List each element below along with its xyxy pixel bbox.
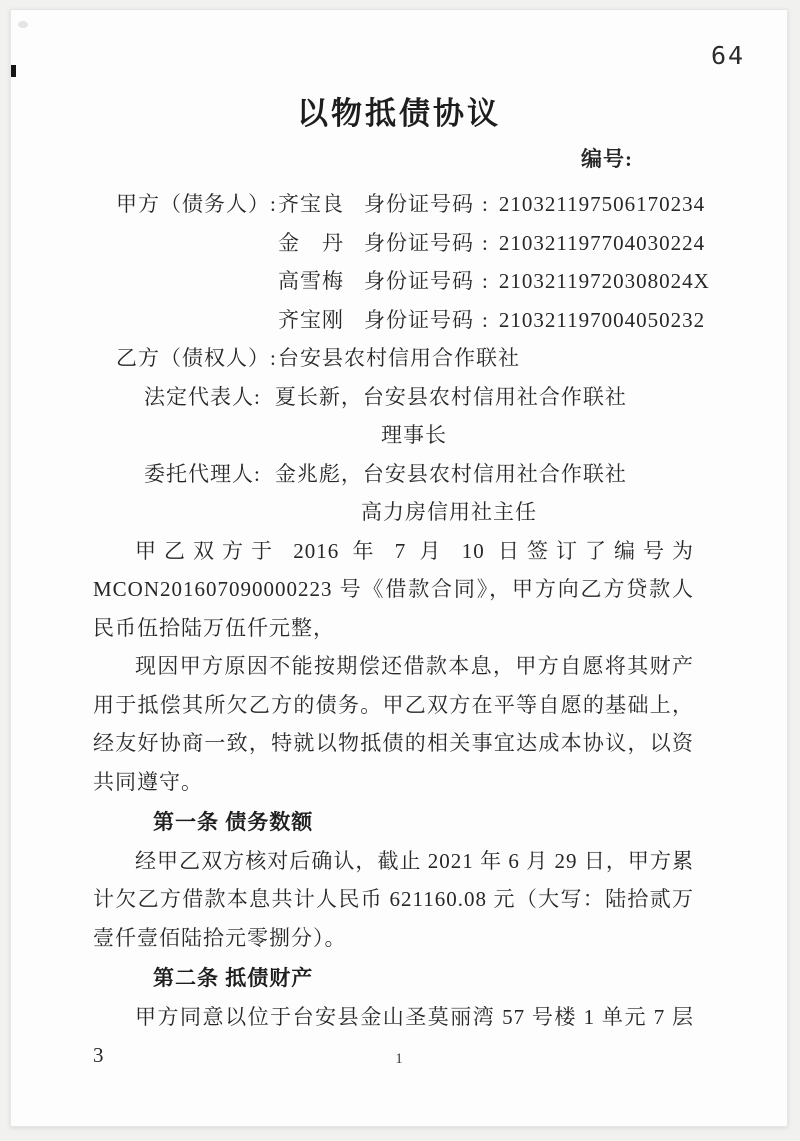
authorized-agent-value: 金兆彪，台安县农村信用社合作联社 [275,455,627,494]
scan-edge-mark [11,65,16,77]
scan-smudge-mark [18,21,28,28]
authorized-agent-row: 委托代理人: 金兆彪，台安县农村信用社合作联社 [116,455,787,494]
page-number: 1 [11,1050,787,1068]
authorized-agent-title: 高力房信用社主任 [116,493,787,532]
id-label: 身份证号码 [364,185,474,224]
id-number: 21032119720308024X [499,262,710,301]
id-number: 210321197704030224 [499,224,705,263]
party-a-row-3: 高雪梅 身份证号码 : 21032119720308024X [116,262,787,301]
party-a-row-2: 金 丹 身份证号码 : 210321197704030224 [116,224,787,263]
party-a-member-name: 齐宝刚 [278,301,364,340]
legal-representative-value: 夏长新，台安县农村信用社合作联社 [275,378,627,417]
id-number: 210321197004050232 [499,301,705,340]
intro-paragraph-loan: 甲乙双方于 2016 年 7 月 10 日签订了编号为 MCON20160709… [93,532,694,648]
document-body: 甲乙双方于 2016 年 7 月 10 日签订了编号为 MCON20160709… [11,532,787,1075]
id-label: 身份证号码 [364,224,474,263]
section-2-heading: 第二条 抵债财产 [93,959,694,998]
party-b-row: 乙方（债权人）: 台安县农村信用合作联社 [116,339,787,378]
party-b-label: 乙方（债权人）: [116,339,278,378]
page-stamp-number: 64 [711,41,745,70]
parties-block: 甲方（债务人）: 齐宝良 身份证号码 : 210321197506170234 … [11,185,787,532]
legal-representative-title: 理事长 [116,416,787,455]
id-separator: : [482,185,489,224]
document-number-label: 编号: [581,146,787,172]
id-separator: : [482,262,489,301]
section-1-heading: 第一条 债务数额 [93,803,694,842]
document-page: 64 以物抵债协议 编号: 甲方（债务人）: 齐宝良 身份证号码 : 21032… [10,9,788,1127]
party-a-row-4: 齐宝刚 身份证号码 : 210321197004050232 [116,301,787,340]
party-a-member-name: 齐宝良 [278,185,364,224]
party-b-name: 台安县农村信用合作联社 [278,339,520,378]
document-title: 以物抵债协议 [11,96,787,132]
id-number: 210321197506170234 [499,185,705,224]
legal-representative-label: 法定代表人: [144,378,261,417]
id-separator: : [482,301,489,340]
id-label: 身份证号码 [364,262,474,301]
legal-representative-row: 法定代表人: 夏长新，台安县农村信用社合作联社 [116,378,787,417]
party-a-row-1: 甲方（债务人）: 齐宝良 身份证号码 : 210321197506170234 [116,185,787,224]
section-1-body: 经甲乙双方核对后确认，截止 2021 年 6 月 29 日，甲方累计欠乙方借款本… [93,842,694,958]
id-label: 身份证号码 [364,301,474,340]
id-separator: : [482,224,489,263]
party-a-member-name: 高雪梅 [278,262,364,301]
party-a-label: 甲方（债务人）: [116,185,278,224]
intro-paragraph-agreement: 现因甲方原因不能按期偿还借款本息，甲方自愿将其财产用于抵偿其所欠乙方的债务。甲乙… [93,647,694,801]
authorized-agent-label: 委托代理人: [144,455,261,494]
party-a-member-name: 金 丹 [278,224,364,263]
